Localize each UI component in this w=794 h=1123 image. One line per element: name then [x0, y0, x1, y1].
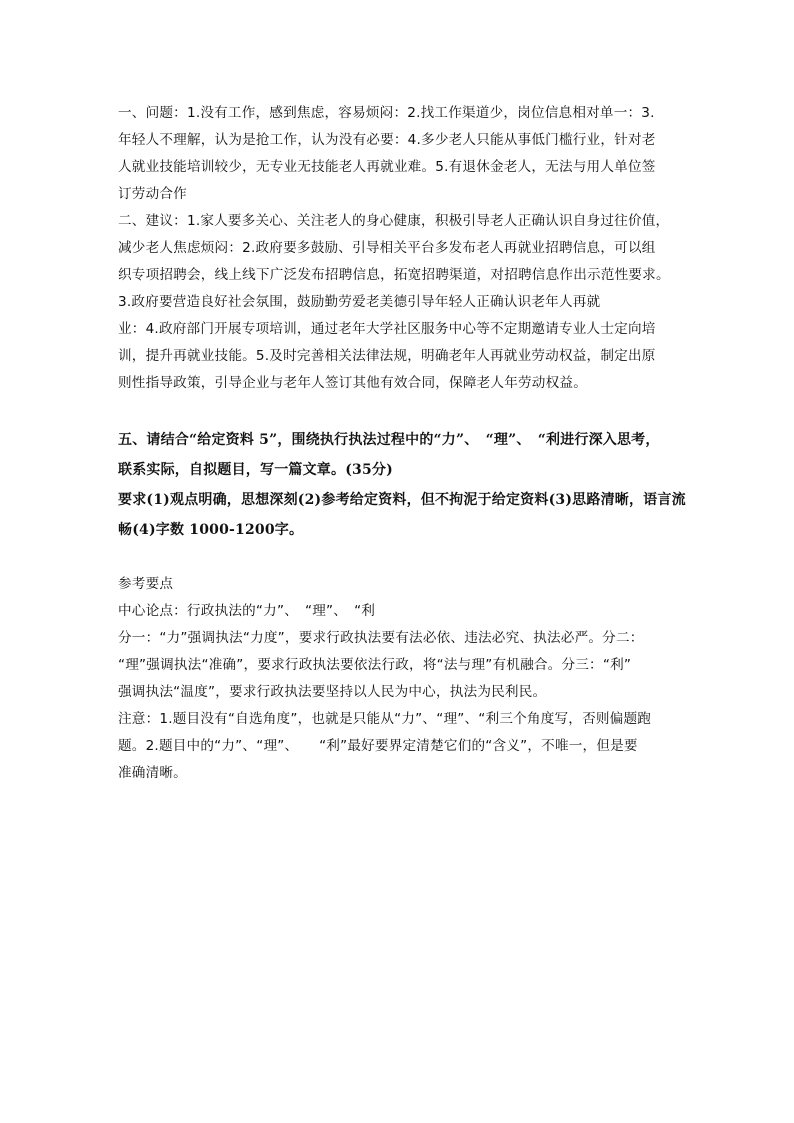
question-requirements: 要求(1)观点明确，思想深刻(2)参考给定资料，但不拘泥于给定资料(3)思路清晰…: [118, 485, 688, 515]
reference-heading: 参考要点: [118, 571, 688, 598]
text-line: 织专项招聘会，线上线下广泛发布招聘信息，拓宽招聘渠道，对招聘信息作出示范性要求。: [118, 262, 688, 289]
reference-section: 参考要点 中心论点：行政执法的“力”、 “理”、 “利 分一：“力”强调执法“力…: [118, 571, 688, 787]
spacer: [118, 545, 688, 571]
text-line: 训，提升再就业技能。5.及时完善相关法律法规，明确老年人再就业劳动权益，制定出原: [118, 343, 688, 370]
text-line: 减少老人焦虑烦闷：2.政府要多鼓励、引导相关平台多发布老人再就业招聘信息，可以组: [118, 235, 688, 262]
text-line: 分一：“力”强调执法“力度”，要求行政执法要有法必依、违法必究、执法必严。分二：: [118, 625, 688, 652]
text-line: 3.政府要营造良好社会氛围，鼓励勤劳爱老美德引导年轻人正确认识老年人再就: [118, 289, 688, 316]
text-line: 一、问题：1.没有工作，感到焦虑，容易烦闷：2.找工作渠道少，岗位信息相对单一：…: [118, 100, 688, 127]
text-line: 强调执法“温度”，要求行政执法要坚持以人民为中心，执法为民利民。: [118, 679, 688, 706]
text-line: 业：4.政府部门开展专项培训，通过老年大学社区服务中心等不定期邀请专业人士定向培: [118, 316, 688, 343]
text-line: 订劳动合作: [118, 181, 688, 208]
text-line: 准确清晰。: [118, 760, 688, 787]
text-line: “理”强调执法“准确”，要求行政执法要依法行政，将“法与理”有机融合。分三：“利…: [118, 652, 688, 679]
question-title: 联系实际，自拟题目，写一篇文章。(35分): [118, 455, 688, 485]
problems-section: 一、问题：1.没有工作，感到焦虑，容易烦闷：2.找工作渠道少，岗位信息相对单一：…: [118, 100, 688, 208]
document-page: 一、问题：1.没有工作，感到焦虑，容易烦闷：2.找工作渠道少，岗位信息相对单一：…: [118, 100, 688, 787]
question-section: 五、请结合“给定资料 5”，围绕执行执法过程中的“力”、 “理”、 “利进行深入…: [118, 425, 688, 545]
question-title: 五、请结合“给定资料 5”，围绕执行执法过程中的“力”、 “理”、 “利进行深入…: [118, 425, 688, 455]
text-line: 注意：1.题目没有“自选角度”，也就是只能从“力”、“理”、“利三个角度写，否则…: [118, 706, 688, 733]
text-line: 二、建议：1.家人要多关心、关注老人的身心健康，积极引导老人正确认识自身过往价值…: [118, 208, 688, 235]
text-line: 中心论点：行政执法的“力”、 “理”、 “利: [118, 598, 688, 625]
text-line: 年轻人不理解，认为是抢工作，认为没有必要：4.多少老人只能从事低门槛行业，针对老: [118, 127, 688, 154]
suggestions-section: 二、建议：1.家人要多关心、关注老人的身心健康，积极引导老人正确认识自身过往价值…: [118, 208, 688, 397]
text-line: 题。2.题目中的“力”、“理”、 “利”最好要界定清楚它们的“含义”，不唯一，但…: [118, 733, 688, 760]
spacer: [118, 397, 688, 425]
question-requirements: 畅(4)字数 1000-1200字。: [118, 515, 688, 545]
text-line: 则性指导政策，引导企业与老年人签订其他有效合同，保障老人年劳动权益。: [118, 370, 688, 397]
text-line: 人就业技能培训较少，无专业无技能老人再就业难。5.有退休金老人，无法与用人单位签: [118, 154, 688, 181]
